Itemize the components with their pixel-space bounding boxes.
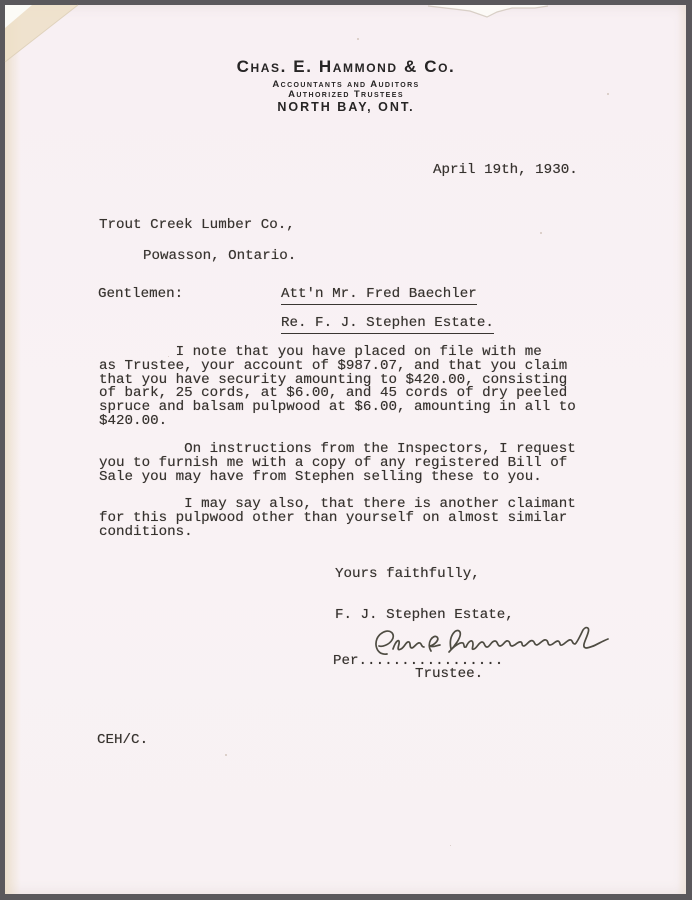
letterhead-subtitle-2: Authorized Trustees bbox=[0, 89, 692, 100]
salutation: Gentlemen: bbox=[98, 288, 183, 302]
body-paragraph-1: I note that you have placed on file with… bbox=[99, 346, 576, 429]
dust-speck bbox=[357, 38, 359, 40]
body-paragraph-2: On instructions from the Inspectors, I r… bbox=[99, 443, 576, 484]
letterhead-city: NORTH BAY, ONT. bbox=[0, 100, 692, 114]
recipient-city: Powasson, Ontario. bbox=[143, 250, 296, 264]
recipient-name: Trout Creek Lumber Co., bbox=[99, 219, 295, 233]
letterhead-company-name: Chas. E. Hammond & Co. bbox=[0, 57, 692, 77]
attention-line: Att'n Mr. Fred Baechler bbox=[281, 288, 477, 305]
subject-line: Re. F. J. Stephen Estate. bbox=[281, 317, 494, 334]
dust-speck bbox=[225, 754, 227, 756]
typist-initials: CEH/C. bbox=[97, 734, 148, 748]
estate-name: F. J. Stephen Estate, bbox=[335, 609, 514, 623]
scanned-letter: Chas. E. Hammond & Co. Accountants and A… bbox=[0, 0, 692, 900]
signer-title: Trustee. bbox=[415, 668, 483, 682]
body-paragraph-3: I may say also, that there is another cl… bbox=[99, 498, 576, 539]
valediction: Yours faithfully, bbox=[335, 568, 480, 582]
dust-speck bbox=[540, 232, 542, 234]
letter-date: April 19th, 1930. bbox=[433, 164, 578, 178]
dust-speck bbox=[450, 845, 451, 846]
